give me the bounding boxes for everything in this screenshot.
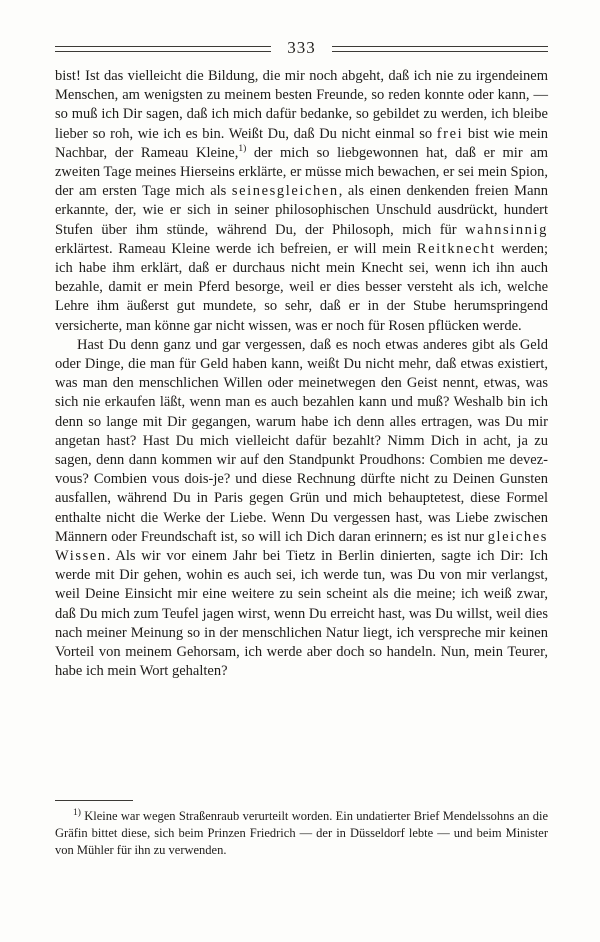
text-run: frei bbox=[437, 126, 464, 142]
text-run: Kleine war wegen Straßenraub verurteilt … bbox=[55, 809, 548, 857]
paragraph: bist! Ist das vielleicht die Bildung, di… bbox=[55, 67, 548, 336]
page-number: 333 bbox=[271, 39, 332, 56]
text-run: wahnsinnig bbox=[465, 222, 548, 238]
paragraph: Hast Du denn ganz und gar vergessen, daß… bbox=[55, 336, 548, 682]
text-run: erklärtest. Rameau Kleine werde ich befr… bbox=[55, 241, 417, 257]
book-page: 333 bist! Ist das vielleicht die Bildung… bbox=[0, 0, 600, 942]
text-run: Hast Du denn ganz und gar vergessen, daß… bbox=[55, 337, 548, 545]
footnote-block: 1) Kleine war wegen Straßenraub verurtei… bbox=[55, 800, 548, 858]
page-header: 333 bbox=[55, 40, 548, 57]
body-text: bist! Ist das vielleicht die Bildung, di… bbox=[55, 67, 548, 682]
text-run: . Als wir vor einem Jahr bei Tietz in Be… bbox=[55, 548, 548, 679]
footnote-separator bbox=[55, 800, 133, 801]
footnote-marker: 1) bbox=[73, 808, 81, 818]
text-run: seinesgleichen bbox=[232, 183, 339, 199]
header-rule-right bbox=[332, 46, 548, 52]
text-run: Reitknecht bbox=[417, 241, 496, 257]
footnote: 1) Kleine war wegen Straßenraub verurtei… bbox=[55, 808, 548, 858]
header-rule-left bbox=[55, 46, 271, 52]
